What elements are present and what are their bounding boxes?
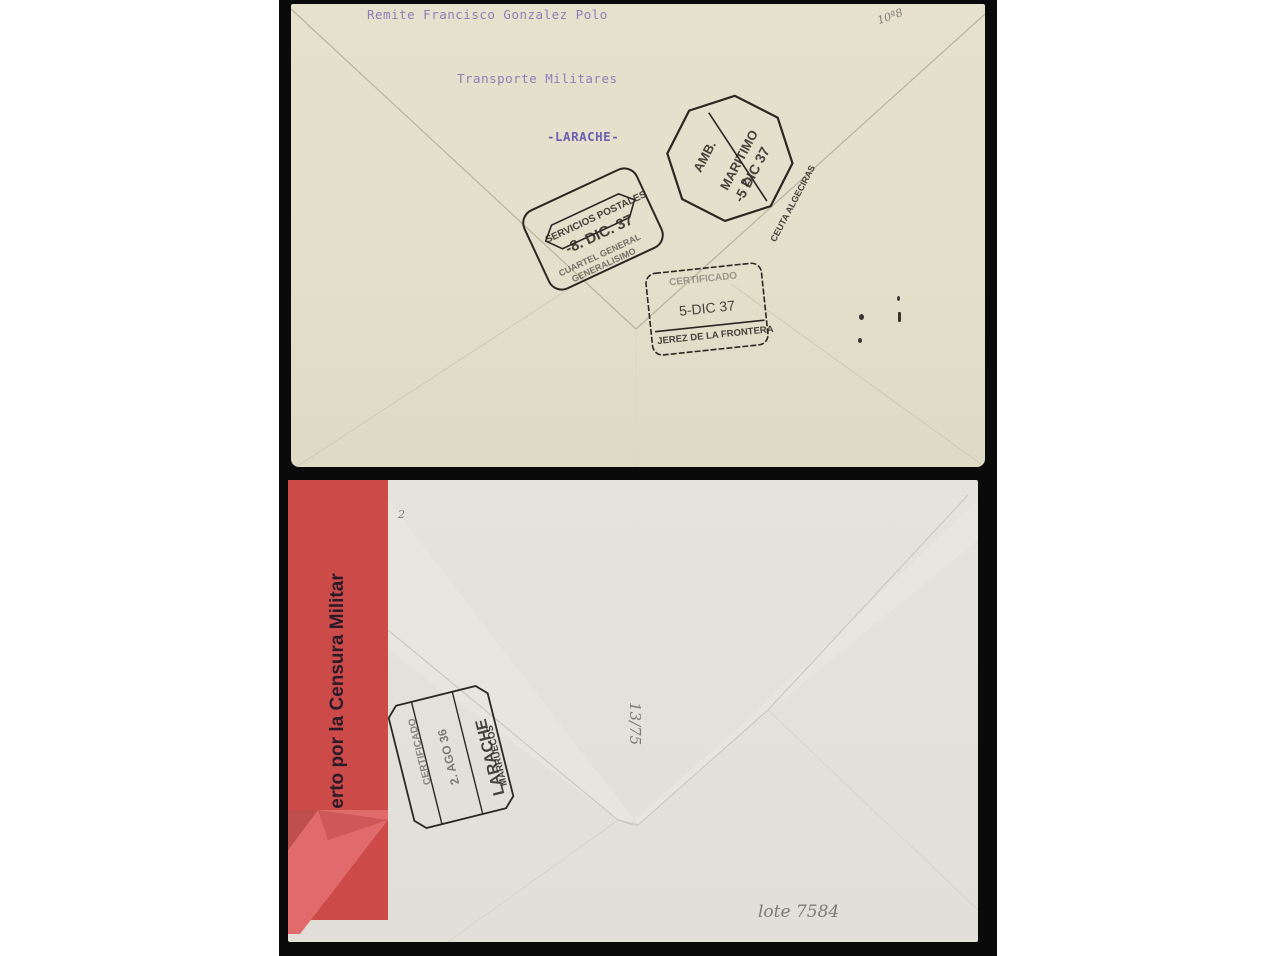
ink-spot <box>859 314 864 320</box>
ink-spot <box>858 338 862 343</box>
censor-tape-label: erto por la Censura Militar <box>327 573 349 808</box>
unit-line: Transporte Militares <box>457 71 618 86</box>
postmark-amb-maritimo: AMB. MARITIMO -5 DIC 37 2 CEUTA ALGECIRA… <box>666 97 791 222</box>
top-envelope: Remite Francisco Gonzalez Polo Transport… <box>291 4 985 467</box>
sender-line: Remite Francisco Gonzalez Polo <box>367 7 608 22</box>
pencil-mark-center: 13/75 <box>626 702 644 745</box>
postmark-larache: CERTIFICADO 2. AGO 36 LARACHE MARRUECOS <box>396 688 506 826</box>
pencil-lot-number: lote 7584 <box>758 902 839 922</box>
pencil-mark-top: 2 <box>398 508 405 521</box>
censor-tape-folded-corner <box>288 810 398 940</box>
place-line: -LARACHE- <box>547 129 619 144</box>
postmark-jerez: CERTIFICADO 5-DIC 37 JEREZ DE LA FRONTER… <box>643 260 773 358</box>
ink-spot <box>897 296 900 301</box>
postmark-servicios-postales: SERVICIOS POSTALES -8. DIC. 37 CUARTEL G… <box>523 164 663 294</box>
ink-spot <box>898 312 901 322</box>
